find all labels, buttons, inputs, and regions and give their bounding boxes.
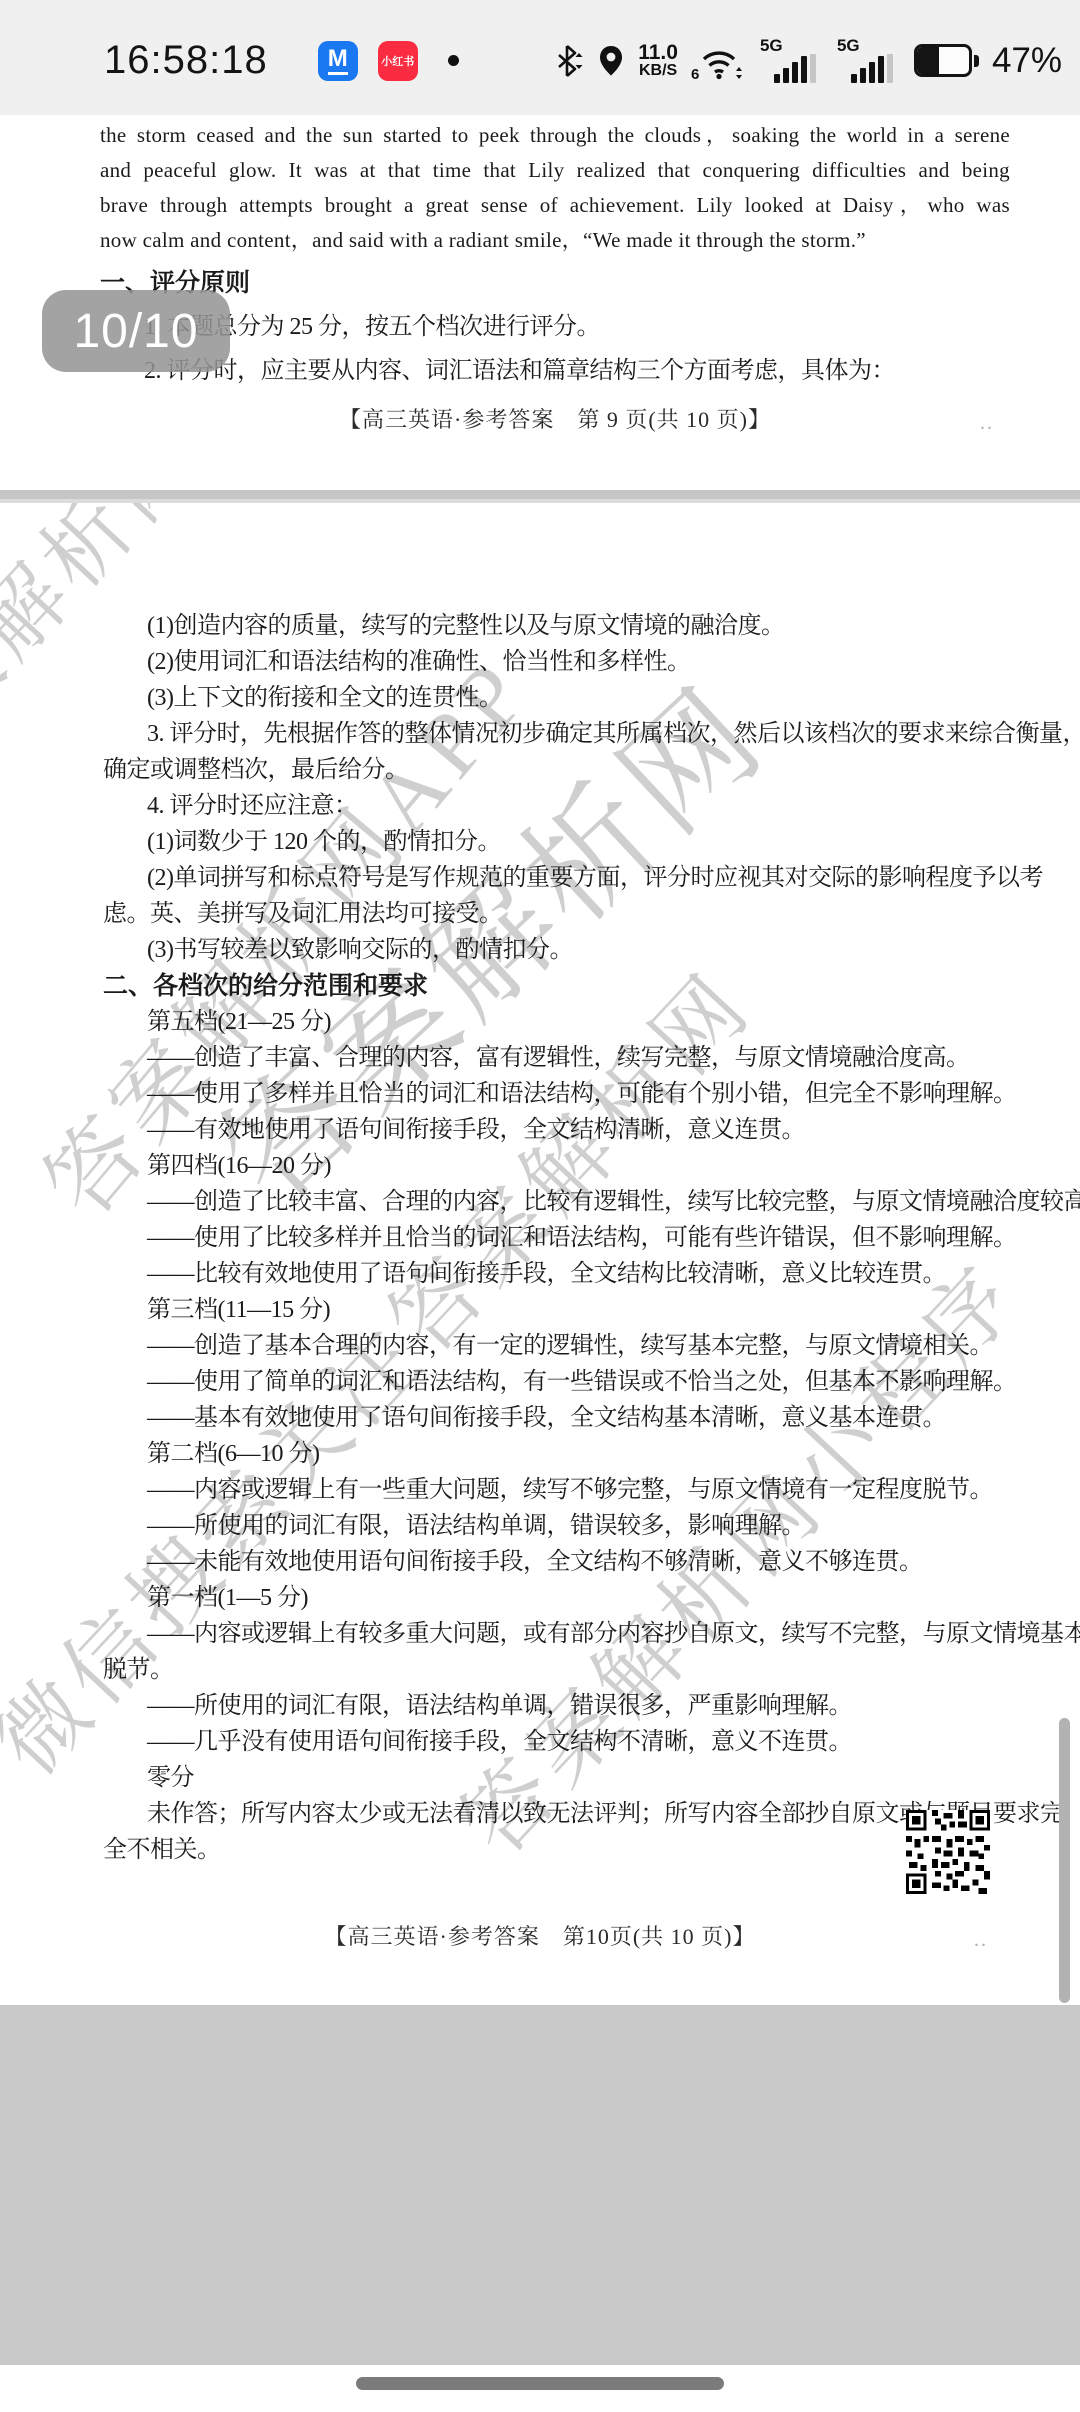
- document-line: ——所使用的词汇有限，语法结构单调，错误较多，影响理解。: [103, 1508, 1010, 1544]
- english-line: brave through attempts brought a great s…: [100, 188, 1010, 223]
- document-line: 全不相关。: [103, 1832, 1010, 1868]
- english-line: now calm and content，and said with a rad…: [100, 223, 1010, 258]
- status-bar: 16:58:18 M 小红书 11.0 KB/S 6: [0, 0, 1080, 115]
- sim1-signal-icon: 5G: [760, 37, 824, 85]
- page9-footer: 【高三英语·参考答案 第 9 页(共 10 页)】: [100, 403, 1010, 434]
- document-line: 零分: [103, 1760, 1010, 1796]
- document-line: 第一档(1—5 分): [103, 1580, 1010, 1616]
- english-paragraph: the storm ceased and the sun started to …: [100, 118, 1010, 258]
- document-line: (3)上下文的衔接和全文的连贯性。: [103, 680, 1010, 716]
- scoring-rule-item: 1. 本题总分为 25 分，按五个档次进行评分。: [100, 309, 1010, 345]
- document-line: ——所使用的词汇有限，语法结构单调，错误很多，严重影响理解。: [103, 1688, 1010, 1724]
- document-line: ——使用了简单的词汇和语法结构，有一些错误或不恰当之处，但基本不影响理解。: [103, 1364, 1010, 1400]
- document-line: 第三档(11—15 分): [103, 1292, 1010, 1328]
- document-line: ——有效地使用了语句间衔接手段，全文结构清晰，意义连贯。: [103, 1112, 1010, 1148]
- document-line: (2)单词拼写和标点符号是写作规范的重要方面，评分时应视其对交际的影响程度予以考: [103, 860, 1010, 896]
- document-line: (2)使用词汇和语法结构的准确性、恰当性和多样性。: [103, 644, 1010, 680]
- qr-code: [906, 1810, 990, 1894]
- document-line: ——比较有效地使用了语句间衔接手段，全文结构比较清晰，意义比较连贯。: [103, 1256, 1010, 1292]
- document-page-10[interactable]: 答案解析网答案解析网APP答案解析网微信搜索关注答案解析网答案解析网小程序 (1…: [0, 503, 1080, 2005]
- document-line: 未作答；所写内容太少或无法看清以致无法评判；所写内容全部抄自原文或与题目要求完: [103, 1796, 1010, 1832]
- section-heading-1: 一、评分原则: [100, 265, 1010, 301]
- document-line: ——内容或逻辑上有一些重大问题，续写不够完整，与原文情境有一定程度脱节。: [103, 1472, 1010, 1508]
- document-line: 第二档(6—10 分): [103, 1436, 1010, 1472]
- bluetooth-icon: [554, 44, 584, 78]
- mail-app-icon: M: [318, 41, 358, 81]
- location-icon: [597, 44, 625, 78]
- scrollbar-thumb[interactable]: [1059, 1718, 1070, 2003]
- status-icons: 11.0 KB/S 6 5G 5G 47%: [554, 37, 1062, 85]
- document-line: (3)书写较差以致影响交际的，酌情扣分。: [103, 932, 1010, 968]
- p10-lines: (1)创造内容的质量，续写的完整性以及与原文情境的融洽度。(2)使用词汇和语法结…: [103, 608, 1010, 1868]
- document-line: ——创造了比较丰富、合理的内容，比较有逻辑性，续写比较完整，与原文情境融洽度较高…: [103, 1184, 1010, 1220]
- page10-footer: 【高三英语·参考答案 第10页(共 10 页)】: [0, 1920, 1080, 1951]
- document-line: (1)创造内容的质量，续写的完整性以及与原文情境的融洽度。: [103, 608, 1010, 644]
- english-line: the storm ceased and the sun started to …: [100, 118, 1010, 153]
- document-line: 4. 评分时还应注意：: [103, 788, 1010, 824]
- page9-footer-mark: ..: [980, 412, 994, 435]
- document-line: 确定或调整档次，最后给分。: [103, 752, 1010, 788]
- document-line: ——使用了多样并且恰当的词汇和语法结构，可能有个别小错，但完全不影响理解。: [103, 1076, 1010, 1112]
- document-line: 3. 评分时，先根据作答的整体情况初步确定其所属档次，然后以该档次的要求来综合衡…: [103, 716, 1010, 752]
- document-line: ——几乎没有使用语句间衔接手段，全文结构不清晰，意义不连贯。: [103, 1724, 1010, 1760]
- xiaohongshu-app-icon: 小红书: [378, 41, 418, 81]
- p9-items: 1. 本题总分为 25 分，按五个档次进行评分。2. 评分时，应主要从内容、词汇…: [100, 309, 1010, 389]
- network-speed: 11.0 KB/S: [638, 42, 678, 80]
- section-heading-2: 二、各档次的给分范围和要求: [103, 968, 1010, 1004]
- document-line: ——内容或逻辑上有较多重大问题，或有部分内容抄自原文，续写不完整，与原文情境基本: [103, 1616, 1010, 1652]
- svg-text:6: 6: [691, 66, 699, 81]
- page-number-indicator: 10/10: [42, 290, 230, 372]
- sim2-signal-icon: 5G: [837, 37, 901, 85]
- document-line: ——基本有效地使用了语句间衔接手段，全文结构基本清晰，意义基本连贯。: [103, 1400, 1010, 1436]
- clock: 16:58:18: [104, 38, 268, 83]
- document-line: ——使用了比较多样并且恰当的词汇和语法结构，可能有些许错误，但不影响理解。: [103, 1220, 1010, 1256]
- battery-icon: [914, 44, 979, 77]
- document-line: (1)词数少于 120 个的，酌情扣分。: [103, 824, 1010, 860]
- document-line: ——未能有效地使用语句间衔接手段，全文结构不够清晰，意义不够连贯。: [103, 1544, 1010, 1580]
- page-separator: [0, 490, 1080, 499]
- phone-screen: 16:58:18 M 小红书 11.0 KB/S 6: [0, 0, 1080, 2412]
- page10-footer-mark: ..: [974, 1929, 988, 1952]
- document-line: ——创造了丰富、合理的内容，富有逻辑性，续写完整，与原文情境融洽度高。: [103, 1040, 1010, 1076]
- document-line: ——创造了基本合理的内容，有一定的逻辑性，续写基本完整，与原文情境相关。: [103, 1328, 1010, 1364]
- document-line: 第五档(21—25 分): [103, 1004, 1010, 1040]
- wifi-6-icon: 6: [691, 41, 747, 81]
- home-indicator[interactable]: [356, 2377, 724, 2390]
- battery-percent: 47%: [992, 41, 1062, 81]
- document-line: 第四档(16—20 分): [103, 1148, 1010, 1184]
- document-line: 虑。英、美拼写及词汇用法均可接受。: [103, 896, 1010, 932]
- document-line: 脱节。: [103, 1652, 1010, 1688]
- english-line: and peaceful glow. It was at that time t…: [100, 153, 1010, 188]
- notification-dot-icon: [448, 55, 459, 66]
- scoring-rule-item: 2. 评分时，应主要从内容、词汇语法和篇章结构三个方面考虑，具体为：: [100, 353, 1010, 389]
